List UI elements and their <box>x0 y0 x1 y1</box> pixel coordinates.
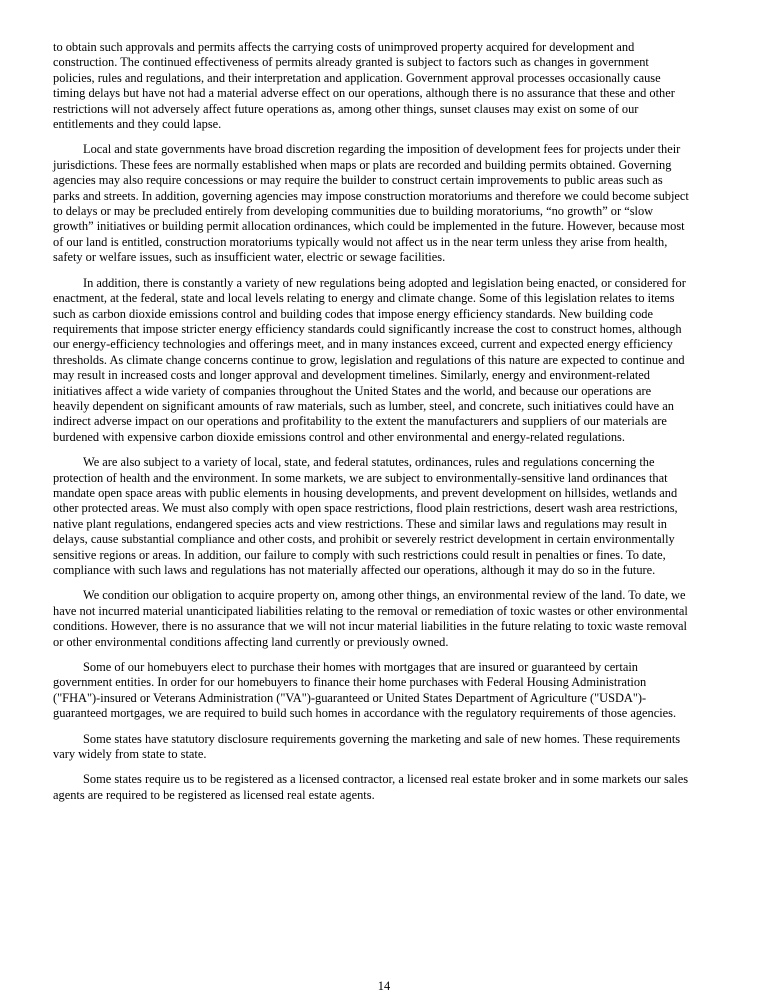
document-page: to obtain such approvals and permits aff… <box>53 40 733 813</box>
text-line: requirements that impose stricter energy… <box>53 322 733 337</box>
text-line: In addition, there is constantly a varie… <box>53 276 733 291</box>
text-line: conditions. However, there is no assuran… <box>53 619 733 634</box>
paragraph-development-fees: Local and state governments have broad d… <box>53 142 733 265</box>
text-line: to obtain such approvals and permits aff… <box>53 40 733 55</box>
text-line: enactment, at the federal, state and loc… <box>53 291 733 306</box>
text-line: safety or welfare issues, such as insuff… <box>53 250 733 265</box>
text-line: construction. The continued effectivenes… <box>53 55 733 70</box>
text-line: initiatives affect a wide variety of com… <box>53 384 733 399</box>
text-line: guaranteed mortgages, we are required to… <box>53 706 733 721</box>
text-line: parks and streets. In addition, governin… <box>53 189 733 204</box>
text-line: of our land is entitled, construction mo… <box>53 235 733 250</box>
text-line: We condition our obligation to acquire p… <box>53 588 733 603</box>
text-line: sensitive regions or areas. In addition,… <box>53 548 733 563</box>
paragraph-environmental-review: We condition our obligation to acquire p… <box>53 588 733 650</box>
paragraph-energy-climate: In addition, there is constantly a varie… <box>53 276 733 445</box>
paragraph-mortgages: Some of our homebuyers elect to purchase… <box>53 660 733 722</box>
text-line: delays, cause substantial compliance and… <box>53 532 733 547</box>
paragraph-licensing: Some states require us to be registered … <box>53 772 733 803</box>
text-line: agencies may also require concessions or… <box>53 173 733 188</box>
text-line: burdened with expensive carbon dioxide e… <box>53 430 733 445</box>
text-line: thresholds. As climate change concerns c… <box>53 353 733 368</box>
paragraph-disclosure: Some states have statutory disclosure re… <box>53 732 733 763</box>
page-number: 14 <box>0 979 768 994</box>
paragraph-health-environment: We are also subject to a variety of loca… <box>53 455 733 578</box>
paragraph-approvals-permits: to obtain such approvals and permits aff… <box>53 40 733 132</box>
text-line: to delays or may be precluded entirely f… <box>53 204 733 219</box>
text-line: indirect adverse impact on our operation… <box>53 414 733 429</box>
text-line: heavily dependent on significant amounts… <box>53 399 733 414</box>
text-line: such as carbon dioxide emissions control… <box>53 307 733 322</box>
text-line: other protected areas. We must also comp… <box>53 501 733 516</box>
text-line: mandate open space areas with public ele… <box>53 486 733 501</box>
text-line: policies, rules and regulations, and the… <box>53 71 733 86</box>
text-line: protection of health and the environment… <box>53 471 733 486</box>
text-line: may result in increased costs and longer… <box>53 368 733 383</box>
text-line: vary widely from state to state. <box>53 747 733 762</box>
text-line: Local and state governments have broad d… <box>53 142 733 157</box>
text-line: We are also subject to a variety of loca… <box>53 455 733 470</box>
text-line: jurisdictions. These fees are normally e… <box>53 158 733 173</box>
text-line: Some of our homebuyers elect to purchase… <box>53 660 733 675</box>
text-line: entitlements and they could lapse. <box>53 117 733 132</box>
text-line: government entities. In order for our ho… <box>53 675 733 690</box>
text-line: timing delays but have not had a materia… <box>53 86 733 101</box>
text-line: native plant regulations, endangered spe… <box>53 517 733 532</box>
text-line: our energy-efficiency technologies and o… <box>53 337 733 352</box>
text-line: ("FHA")-insured or Veterans Administrati… <box>53 691 733 706</box>
text-line: compliance with such laws and regulation… <box>53 563 733 578</box>
text-line: or other environmental conditions affect… <box>53 635 733 650</box>
text-line: Some states require us to be registered … <box>53 772 733 787</box>
text-line: Some states have statutory disclosure re… <box>53 732 733 747</box>
text-line: restrictions will not adversely affect f… <box>53 102 733 117</box>
text-line: have not incurred material unanticipated… <box>53 604 733 619</box>
text-line: agents are required to be registered as … <box>53 788 733 803</box>
text-line: growth” initiatives or building permit a… <box>53 219 733 234</box>
